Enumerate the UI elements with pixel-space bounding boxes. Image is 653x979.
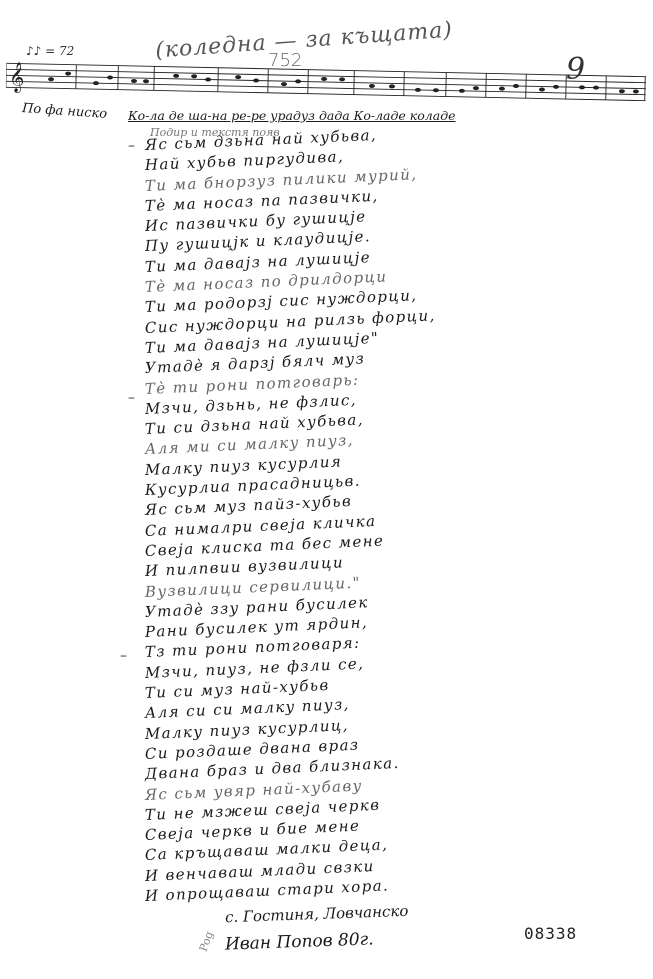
underlay-text: Ко-ла де ша-на ре-ре урадуз дада Ко-ладе… xyxy=(128,108,456,123)
margin-dash: – xyxy=(120,648,127,664)
manuscript-page: (коледна — за къщата) 752 9 ♪♪ = 72 xyxy=(0,0,653,979)
singer-name: Иван Попов 80г. xyxy=(225,929,374,954)
staff-notation-icon: 𝄞 xyxy=(6,57,647,110)
archive-number: 08338 xyxy=(524,924,577,943)
tempo-marking: ♪♪ = 72 xyxy=(26,44,74,58)
svg-text:𝄞: 𝄞 xyxy=(9,61,25,93)
margin-dash: – xyxy=(128,138,135,154)
tempo-instruction: По фа ниско xyxy=(22,101,108,122)
margin-dash: – xyxy=(128,390,135,406)
staff-lyric-underlay: Ко-ла де ша-на ре-ре урадуз дада Ко-ладе… xyxy=(128,108,648,123)
lyrics-block: Яс сьм дзьна най хубьва, Най хубьв пиргу… xyxy=(145,136,505,907)
song-title: (коледна — за къщата) xyxy=(154,18,453,64)
music-staff: 𝄞 xyxy=(6,57,647,110)
margin-stamp: Pog xyxy=(197,930,216,954)
